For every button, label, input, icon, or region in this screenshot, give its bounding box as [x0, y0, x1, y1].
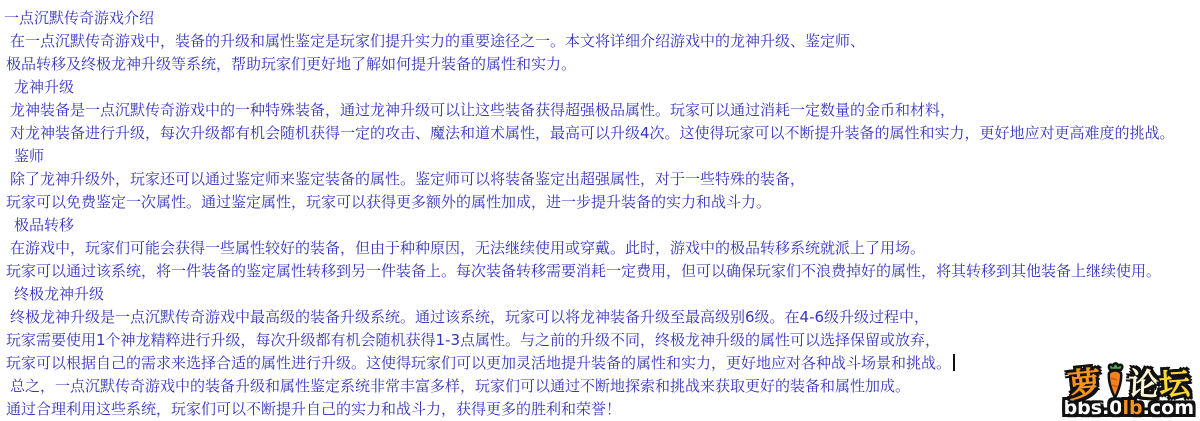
text-line: 在一点沉默传奇游戏中，装备的升级和属性鉴定是玩家们提升实力的重要途径之一。本文将…	[0, 30, 1200, 53]
text-line: 玩家需要使用1个神龙精粹进行升级，每次升级都有机会随机获得1-3点属性。与之前的…	[0, 329, 1200, 352]
text-line: 龙神装备是一点沉默传奇游戏中的一种特殊装备，通过龙神升级可以让这些装备获得超强极…	[0, 99, 1200, 122]
text-line: 玩家可以根据自己的需求来选择合适的属性进行升级。这使得玩家们可以更加灵活地提升装…	[0, 352, 1200, 375]
text-line: 除了龙神升级外，玩家还可以通过鉴定师来鉴定装备的属性。鉴定师可以将装备鉴定出超强…	[0, 168, 1200, 191]
text-line: 通过合理利用这些系统，玩家们可以不断提升自己的实力和战斗力，获得更多的胜利和荣誉…	[0, 398, 1200, 421]
section-heading-transfer: 极品转移	[0, 214, 1200, 237]
text-line: 极品转移及终极龙神升级等系统，帮助玩家们更好地了解如何提升装备的属性和实力。	[0, 53, 1200, 76]
text-line: 玩家可以免费鉴定一次属性。通过鉴定属性，玩家可以获得更多额外的属性加成，进一步提…	[0, 191, 1200, 214]
text-line: 对龙神装备进行升级，每次升级都有机会随机获得一定的攻击、魔法和道术属性，最高可以…	[0, 122, 1200, 145]
logo-char-tan: 坛	[1158, 369, 1191, 402]
logo-char-lun: 论	[1127, 369, 1160, 402]
text-line: 终极龙神升级是一点沉默传奇游戏中最高级的装备升级系统。通过该系统，玩家可以将龙神…	[0, 306, 1200, 329]
article-text-area[interactable]: 一点沉默传奇游戏介绍 在一点沉默传奇游戏中，装备的升级和属性鉴定是玩家们提升实力…	[0, 7, 1200, 421]
forum-logo: 萝 论 坛 bbs.0lb.com	[1064, 362, 1194, 420]
section-heading-appraiser: 鉴师	[0, 145, 1200, 168]
text-line: 在游戏中，玩家们可能会获得一些属性较好的装备，但由于种种原因，无法继续使用或穿戴…	[0, 237, 1200, 260]
text-line: 玩家可以通过该系统，将一件装备的鉴定属性转移到另一件装备上。每次装备转移需要消耗…	[0, 260, 1200, 283]
forum-logo-name: 萝 论 坛	[1064, 362, 1194, 401]
text-line: 总之，一点沉默传奇游戏中的装备升级和属性鉴定系统非常丰富多样，玩家们可以通过不断…	[0, 375, 1200, 398]
article-title: 一点沉默传奇游戏介绍	[0, 7, 1200, 30]
logo-char-luo: 萝	[1066, 367, 1102, 403]
section-heading-ultimate-upgrade: 终极龙神升级	[0, 283, 1200, 306]
section-heading-dragon-upgrade: 龙神升级	[0, 76, 1200, 99]
text-cursor	[953, 354, 955, 371]
